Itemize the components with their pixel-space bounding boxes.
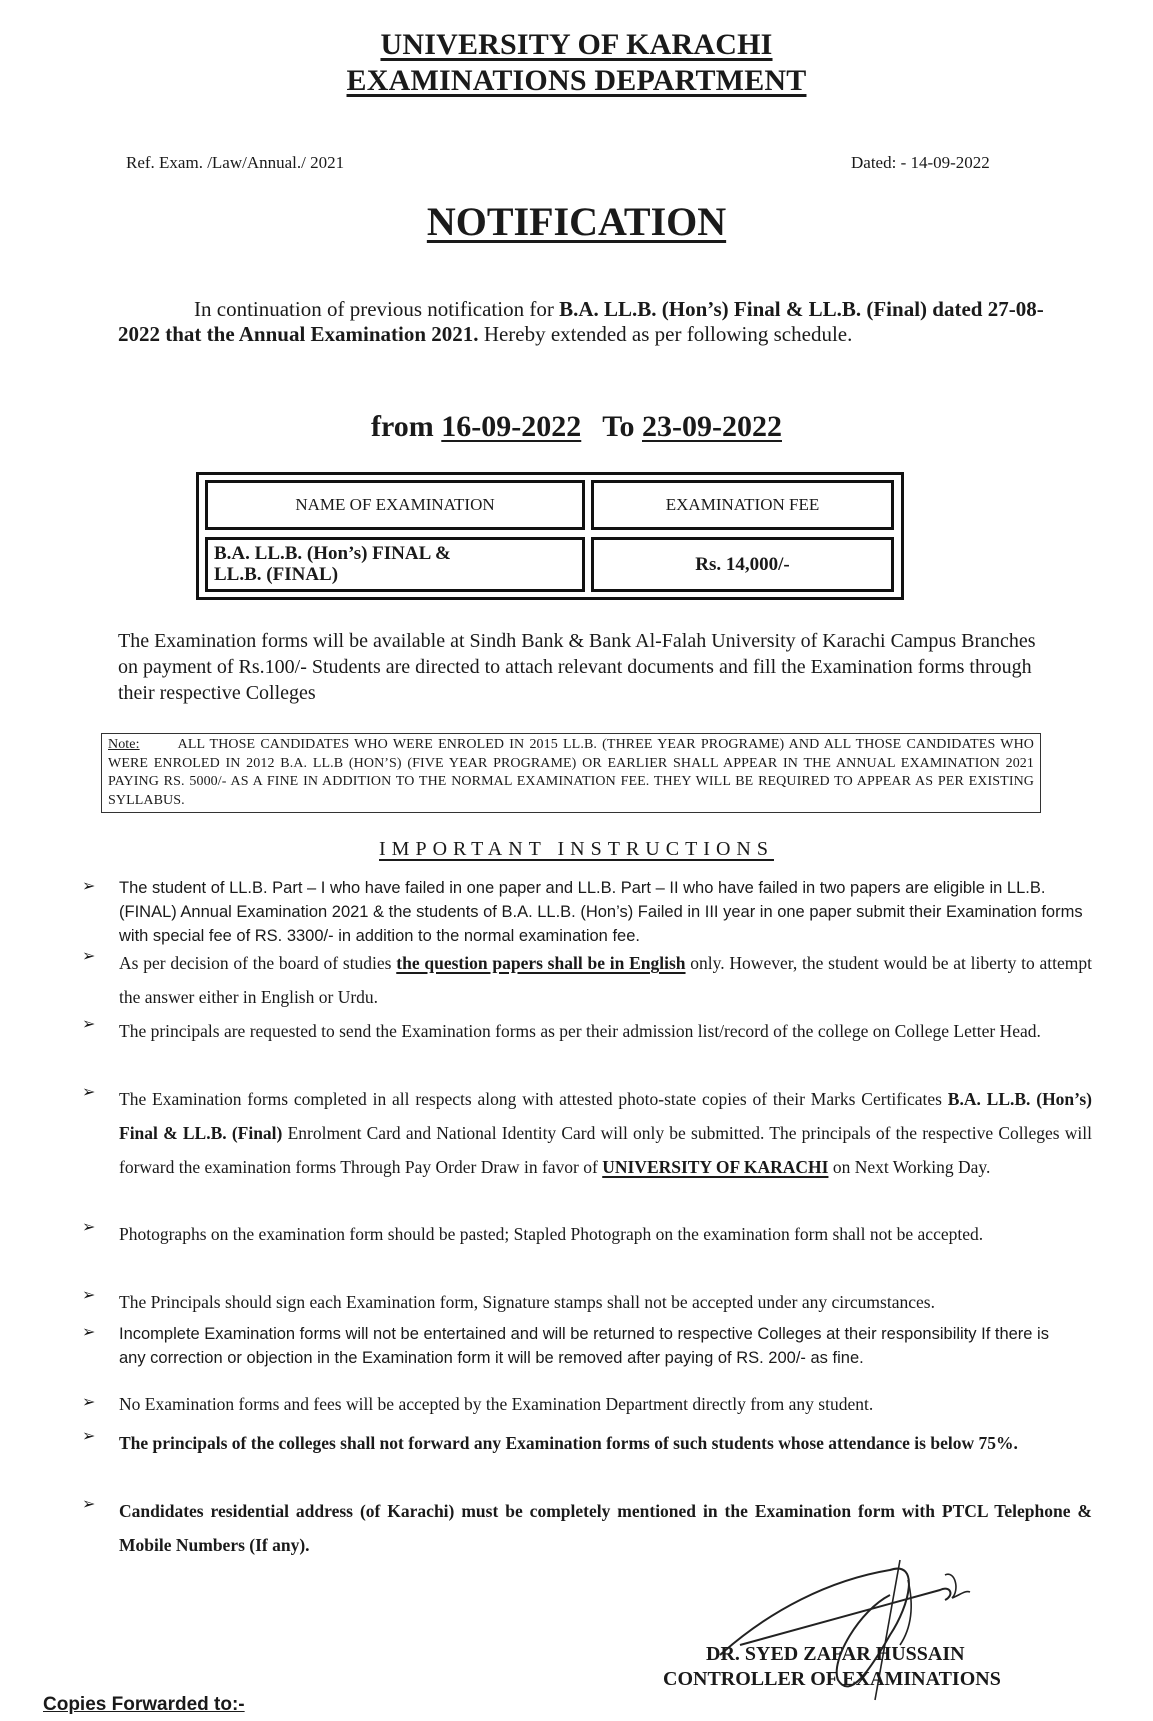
- arrow-bullet-icon: ➢: [82, 946, 95, 966]
- table-header-exam-fee: EXAMINATION FEE: [591, 480, 894, 530]
- schedule-period: from 16-09-2022 To 23-09-2022: [0, 410, 1153, 444]
- instruction-item: ➢ The principals are requested to send t…: [82, 1014, 1092, 1048]
- arrow-bullet-icon: ➢: [82, 1082, 95, 1102]
- copies-forwarded-label: Copies Forwarded to:-: [43, 1694, 245, 1716]
- arrow-bullet-icon: ➢: [82, 1392, 95, 1412]
- arrow-bullet-icon: ➢: [82, 876, 95, 896]
- instruction-item: ➢ The principals of the colleges shall n…: [82, 1426, 1092, 1460]
- notification-heading: NOTIFICATION: [0, 198, 1153, 245]
- to-date: 23-09-2022: [642, 410, 782, 443]
- table-header-exam-name: NAME OF EXAMINATION: [205, 480, 585, 530]
- arrow-bullet-icon: ➢: [82, 1494, 95, 1514]
- instruction-item: ➢ The student of LL.B. Part – I who have…: [82, 876, 1092, 948]
- instruction-item: ➢ As per decision of the board of studie…: [82, 946, 1092, 1014]
- arrow-bullet-icon: ➢: [82, 1322, 95, 1342]
- from-date: 16-09-2022: [441, 410, 581, 443]
- instruction-item: ➢ The Examination forms completed in all…: [82, 1082, 1092, 1184]
- department-title: EXAMINATIONS DEPARTMENT: [0, 64, 1153, 98]
- signatory-designation: CONTROLLER OF EXAMINATIONS: [663, 1668, 1001, 1691]
- instructions-heading: IMPORTANT INSTRUCTIONS: [0, 838, 1153, 861]
- signatory-name: DR. SYED ZAFAR HUSSAIN: [706, 1643, 965, 1666]
- availability-paragraph: The Examination forms will be available …: [118, 628, 1048, 706]
- note-box: Note:ALL THOSE CANDIDATES WHO WERE ENROL…: [101, 733, 1041, 813]
- reference-number: Ref. Exam. /Law/Annual./ 2021: [126, 153, 344, 173]
- arrow-bullet-icon: ➢: [82, 1014, 95, 1034]
- notification-date: Dated: - 14-09-2022: [851, 153, 990, 173]
- arrow-bullet-icon: ➢: [82, 1426, 95, 1446]
- fee-table: NAME OF EXAMINATION EXAMINATION FEE B.A.…: [196, 472, 904, 600]
- intro-paragraph: In continuation of previous notification…: [118, 297, 1048, 347]
- instruction-item: ➢ Photographs on the examination form sh…: [82, 1217, 1092, 1251]
- instruction-item: ➢ Incomplete Examination forms will not …: [82, 1322, 1092, 1370]
- table-cell-exam-name: B.A. LL.B. (Hon’s) FINAL & LL.B. (FINAL): [205, 537, 585, 592]
- table-cell-exam-fee: Rs. 14,000/-: [591, 537, 894, 592]
- instruction-item: ➢ The Principals should sign each Examin…: [82, 1285, 1092, 1319]
- arrow-bullet-icon: ➢: [82, 1217, 95, 1237]
- institution-title: UNIVERSITY OF KARACHI: [0, 28, 1153, 62]
- arrow-bullet-icon: ➢: [82, 1285, 95, 1305]
- instruction-item: ➢ No Examination forms and fees will be …: [82, 1392, 1092, 1416]
- note-label: Note:: [108, 737, 140, 752]
